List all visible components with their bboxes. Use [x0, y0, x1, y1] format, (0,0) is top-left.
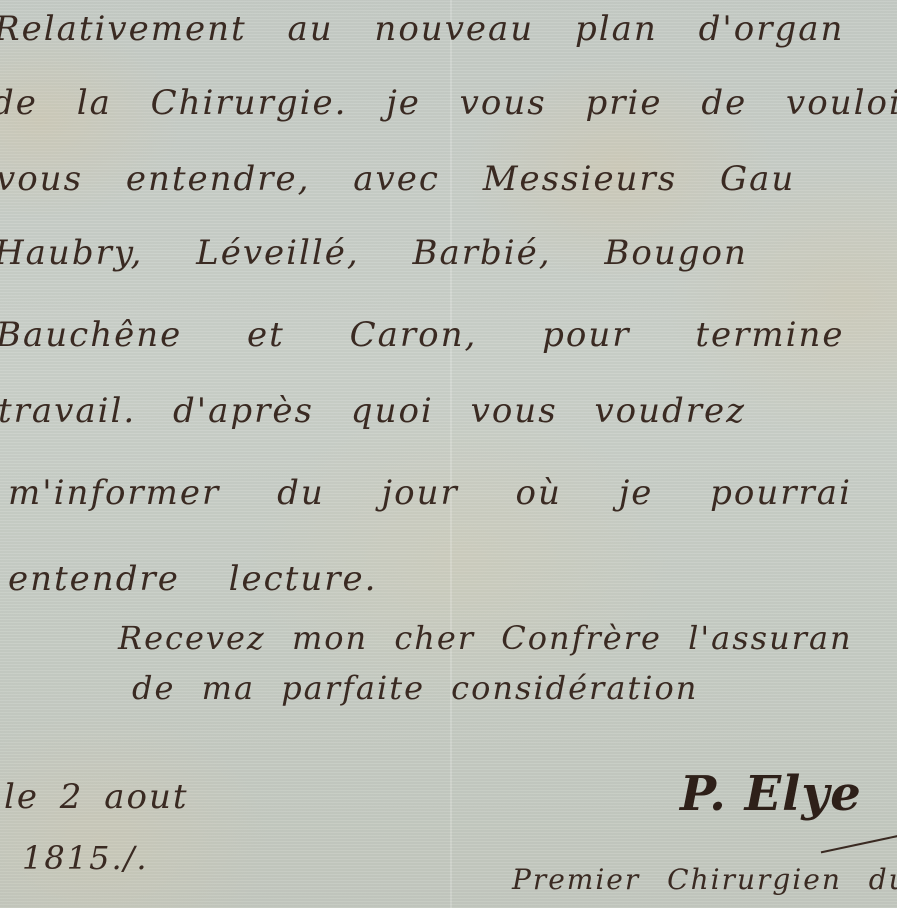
closing-line-1: Recevez mon cher Confrère l'assuran — [118, 622, 853, 654]
letter-line-4: Haubry, Léveillé, Barbié, Bougon — [0, 236, 748, 270]
letter-line-3: vous entendre, avec Messieurs Gau — [0, 162, 795, 196]
letter-line-7: m'informer du jour où je pourrai — [8, 476, 852, 510]
paper-fold — [450, 0, 452, 908]
signature-flourish — [821, 833, 897, 854]
signature: P. Elye — [680, 770, 862, 818]
letter-page: Relativement au nouveau plan d'organ de … — [0, 0, 897, 908]
letter-line-5: Bauchêne et Caron, pour termine — [0, 318, 845, 352]
date-day-month: le 2 aout — [4, 780, 189, 814]
closing-line-2: de ma parfaite considération — [132, 672, 698, 704]
letter-line-6: travail. d'après quoi vous voudrez — [0, 394, 746, 428]
letter-line-1: Relativement au nouveau plan d'organ — [0, 12, 844, 46]
letter-line-8: entendre lecture. — [8, 562, 377, 596]
letter-line-2: de la Chirurgie. je vous prie de vouloir — [0, 86, 897, 120]
signatory-title: Premier Chirurgien du — [512, 866, 897, 894]
date-year: 1815./. — [22, 842, 149, 874]
